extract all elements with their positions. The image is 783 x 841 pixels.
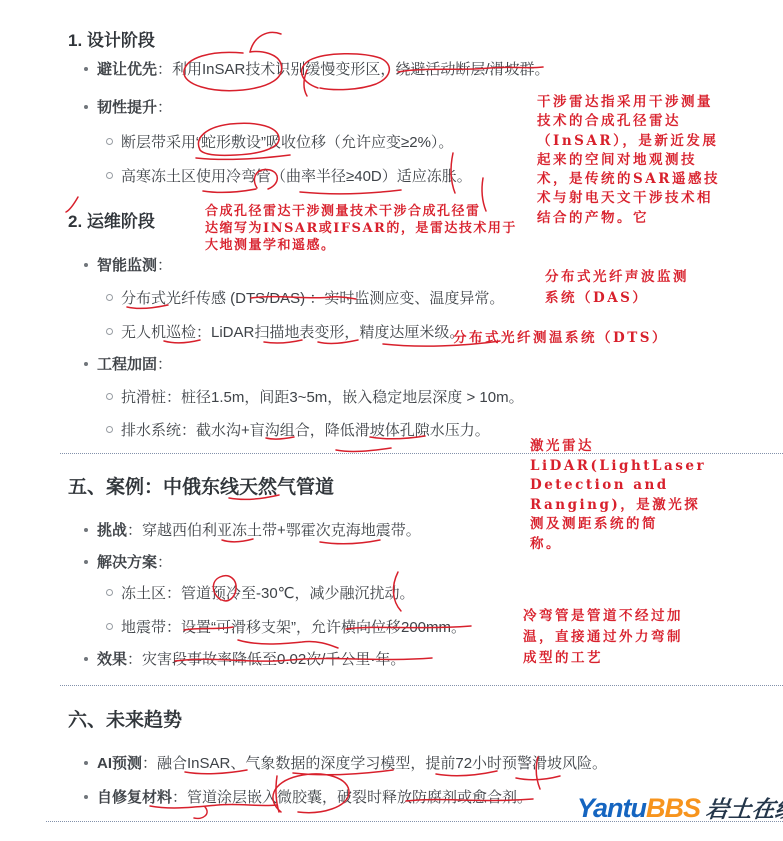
underline-insar-ai — [185, 770, 247, 774]
circle-huanman — [302, 54, 390, 90]
strike-shifangfangfuji — [406, 799, 533, 801]
vertical-mark-shiying — [451, 153, 455, 193]
checkmark-section2 — [66, 197, 78, 212]
circle-yuleng — [213, 576, 236, 601]
circle-weijiaonang — [273, 774, 349, 813]
underline-kehuayizhijia — [238, 640, 338, 648]
underline-tianranqi — [229, 495, 279, 499]
stroke-jianshao — [393, 572, 401, 611]
underline-huocikehai — [320, 540, 380, 544]
underline-manggou — [266, 437, 294, 439]
circle-insar — [184, 52, 282, 91]
underline-jingdu — [383, 341, 500, 346]
underline-fengxian — [516, 776, 560, 780]
strike-raobi — [398, 67, 543, 72]
vertical-mark-dongzhang — [482, 178, 486, 211]
underline-bushi — [127, 305, 168, 308]
strike-yunxuhengxiang — [346, 626, 471, 629]
scribble-group — [66, 32, 560, 818]
arc-above-shibie — [250, 32, 281, 52]
strike-shezhi — [184, 627, 233, 630]
strike-xiaoguo — [175, 658, 432, 661]
underline-qulvbanjing — [300, 190, 401, 194]
underline-sheshe — [196, 155, 290, 159]
loop-wanguan — [254, 169, 277, 189]
underline-xishui — [370, 436, 425, 439]
underline-below-paishui — [336, 448, 391, 451]
document-page: 1. 设计阶段 避让优先：利用InSAR技术识别缓慢变形区，绕避活动断层/滑坡群… — [0, 0, 783, 841]
tail-tuceng — [194, 807, 207, 818]
underline-bianxing — [318, 340, 358, 343]
red-pen-scribbles — [0, 0, 783, 841]
underline-yujing — [436, 771, 497, 776]
tick-fengxian — [536, 757, 540, 789]
underline-xunjian — [164, 340, 200, 343]
underline-yadong — [222, 539, 253, 542]
underline-guandaotuceng — [150, 804, 277, 808]
underline-saomiao — [264, 340, 302, 343]
strike-dtsdas — [251, 297, 356, 299]
tail-huanman — [304, 70, 307, 96]
underline-lengwanguan — [203, 189, 256, 192]
circle-sheshe — [198, 123, 279, 155]
